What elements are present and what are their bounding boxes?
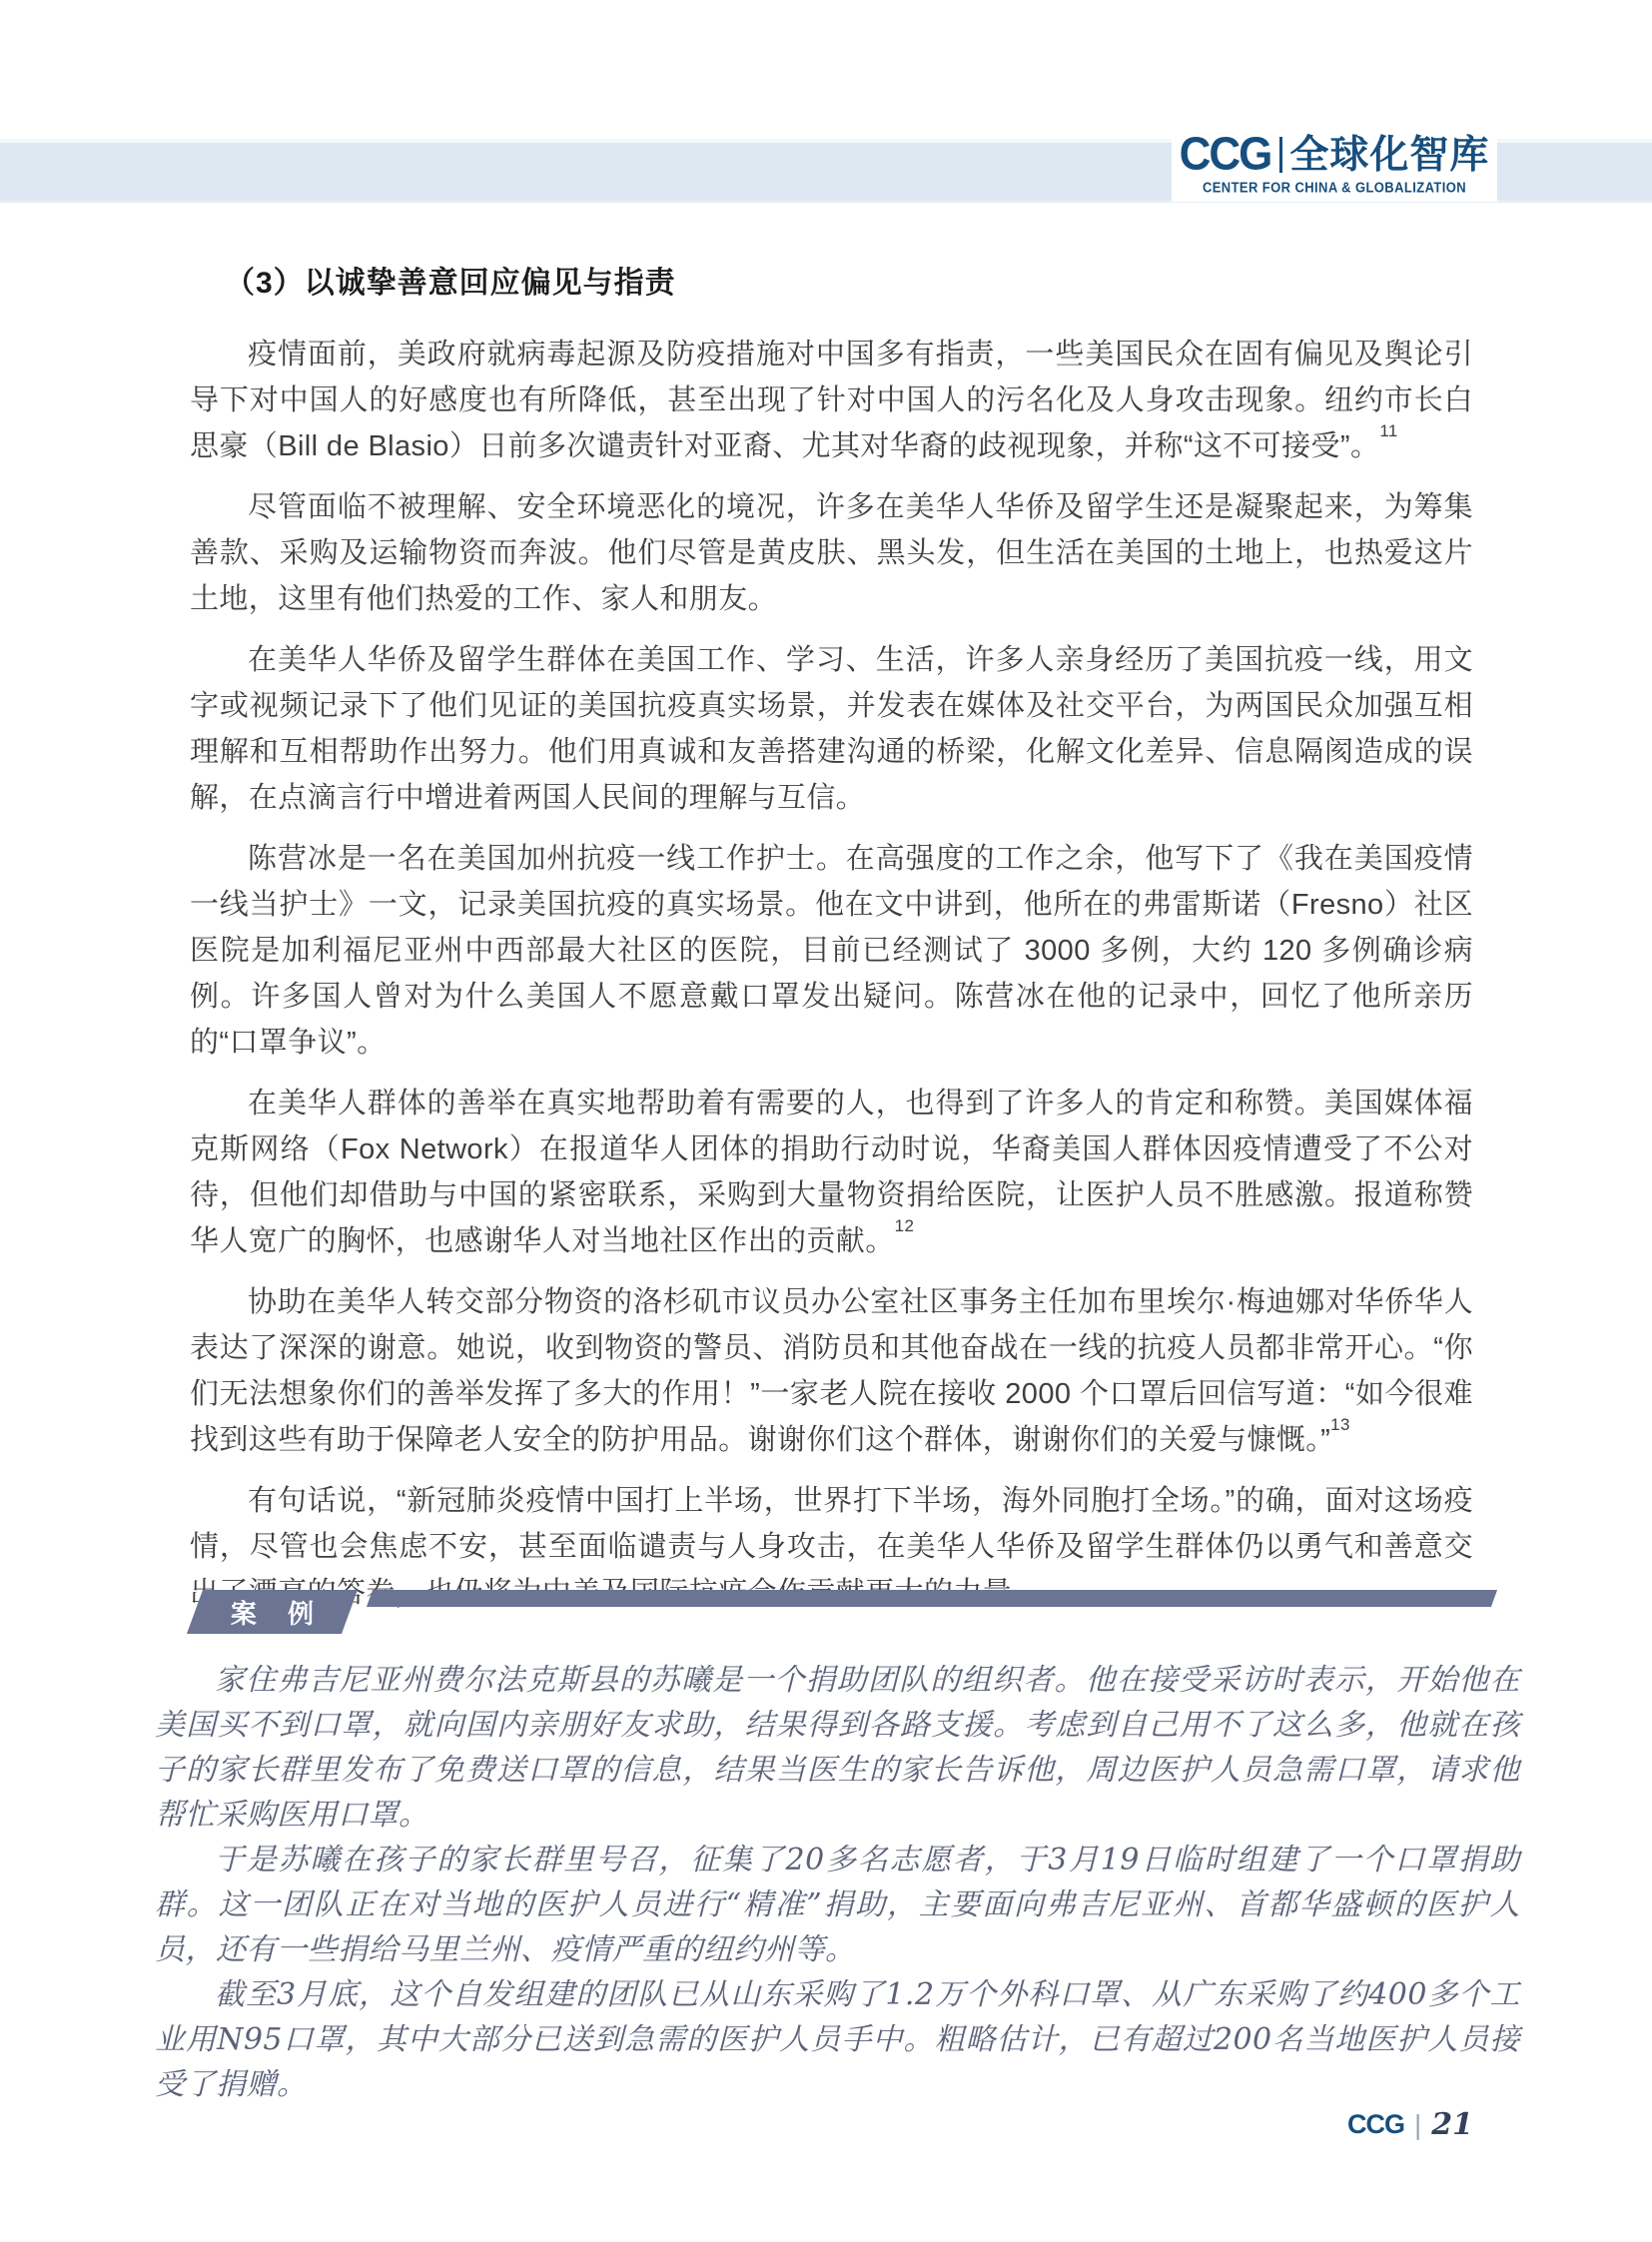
footer-brand: CCG <box>1347 2109 1404 2140</box>
logo-chinese-text: 全球化智库 <box>1289 136 1489 175</box>
page-footer: CCG | 21 <box>190 2107 1473 2142</box>
section-heading: （3）以诚挚善意回应偏见与指责 <box>225 258 1473 302</box>
body-paragraph: 疫情面前，美政府就病毒起源及防疫措施对中国多有指责，一些美国民众在固有偏见及舆论… <box>190 332 1473 469</box>
case-banner-text: 案 例 <box>219 1594 326 1631</box>
body-paragraph: 尽管面临不被理解、安全环境恶化的境况，许多在美华人华侨及留学生还是凝聚起来，为筹… <box>190 484 1473 622</box>
footer-separator: | <box>1414 2109 1421 2141</box>
logo-row: CCG 全球化智库 <box>1180 133 1490 177</box>
footer-page-number: 21 <box>1431 2107 1473 2142</box>
footnote-reference: 11 <box>1379 421 1397 440</box>
main-content: （3）以诚挚善意回应偏见与指责 疫情面前，美政府就病毒起源及防疫措施对中国多有指… <box>190 258 1473 1631</box>
case-banner-bar <box>367 1590 1497 1607</box>
body-paragraphs: 疫情面前，美政府就病毒起源及防疫措施对中国多有指责，一些美国民众在固有偏见及舆论… <box>190 332 1473 1616</box>
case-banner: 案 例 <box>195 1590 1494 1634</box>
ccg-logo: CCG 全球化智库 CENTER FOR CHINA & GLOBALIZATI… <box>1172 126 1497 202</box>
footnote-reference: 12 <box>895 1216 915 1235</box>
footnote-reference: 13 <box>1330 1415 1350 1434</box>
logo-ccg-text: CCG <box>1180 132 1271 178</box>
body-paragraph: 协助在美华人转交部分物资的洛杉矶市议员办公室社区事务主任加布里埃尔·梅迪娜对华侨… <box>190 1279 1473 1463</box>
case-banner-label: 案 例 <box>187 1590 358 1634</box>
case-paragraph: 截至3月底，这个自发组建的团队已从山东采购了1.2万个外科口罩、从广东采购了约4… <box>155 1972 1520 2107</box>
body-paragraph: 陈营冰是一名在美国加州抗疫一线工作护士。在高强度的工作之余，他写下了《我在美国疫… <box>190 836 1473 1066</box>
body-paragraph: 在美华人华侨及留学生群体在美国工作、学习、生活，许多人亲身经历了美国抗疫一线，用… <box>190 637 1473 821</box>
body-paragraph: 在美华人群体的善举在真实地帮助着有需要的人，也得到了许多人的肯定和称赞。美国媒体… <box>190 1081 1473 1264</box>
logo-divider-bar <box>1279 137 1282 173</box>
case-paragraph: 于是苏曦在孩子的家长群里号召，征集了20多名志愿者，于3月19日临时组建了一个口… <box>155 1838 1520 1972</box>
case-study-section: 家住弗吉尼亚州费尔法克斯县的苏曦是一个捐助团队的组织者。他在接受采访时表示，开始… <box>155 1658 1520 2107</box>
logo-subtitle: CENTER FOR CHINA & GLOBALIZATION <box>1203 179 1466 196</box>
case-paragraph: 家住弗吉尼亚州费尔法克斯县的苏曦是一个捐助团队的组织者。他在接受采访时表示，开始… <box>155 1658 1520 1838</box>
